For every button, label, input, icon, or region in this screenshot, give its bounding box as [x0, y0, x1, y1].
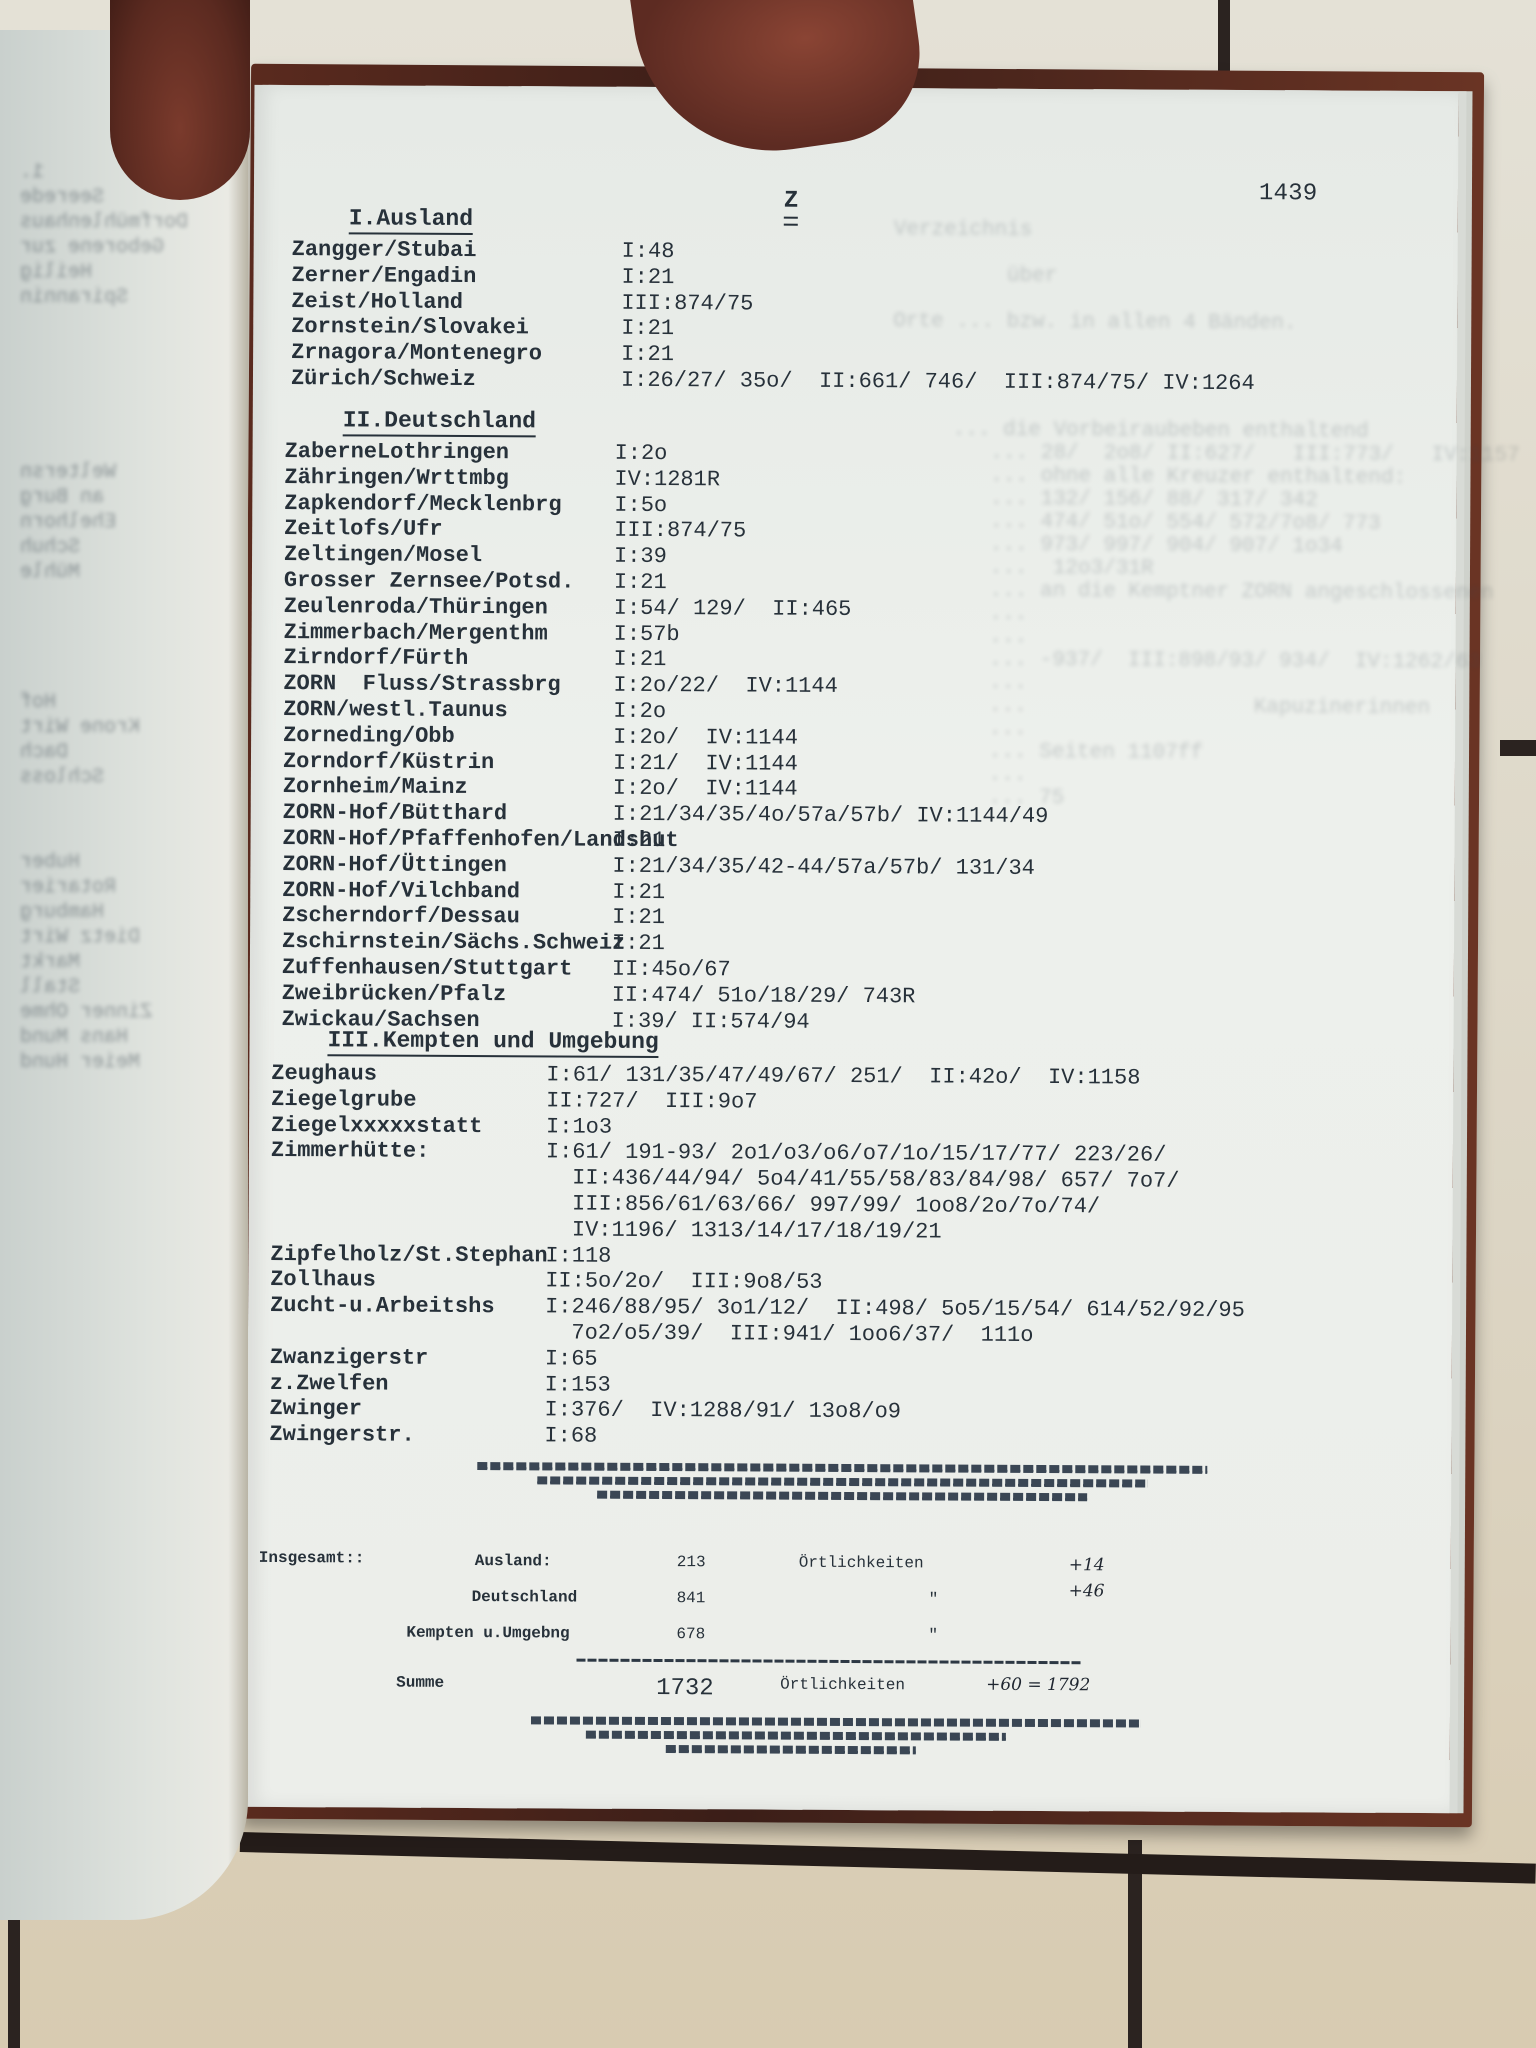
volume-page-refs: IV:1196/ 1313/14/17/18/19/21 — [545, 1217, 941, 1245]
volume-page-refs: I:2o — [615, 441, 668, 467]
totals-region: Ausland: — [475, 1552, 552, 1570]
place-name — [270, 1216, 545, 1243]
place-name: Grosser Zernsee/Potsd. — [284, 568, 614, 596]
volume-page-refs: I:2o/ IV:1144 — [613, 776, 798, 803]
volume-page-refs: I:21 — [612, 879, 665, 905]
place-name: Zornstein/Slovakei — [291, 314, 621, 342]
handwritten-sum: +60 = 1792 — [986, 1675, 1090, 1696]
volume-page-refs: I:21 — [613, 647, 666, 673]
volume-page-refs: I:376/ IV:1288/91/ 13o8/o9 — [545, 1398, 902, 1426]
place-name — [271, 1164, 546, 1191]
index-entry: Zähringen/WrttmbgIV:1281R — [284, 465, 1050, 495]
index-entry: Zwingerstr.I:68 — [269, 1422, 1244, 1453]
totals-unit: " — [929, 1590, 939, 1608]
index-entry: Zirndorf/FürthI:21 — [283, 645, 1049, 675]
place-name: Zeltingen/Mosel — [284, 542, 614, 570]
place-name: Zwingerstr. — [269, 1422, 544, 1449]
place-name: Zimmerhütte: — [271, 1138, 546, 1165]
place-name: Ziegelgrube — [271, 1087, 546, 1114]
volume-page-refs: I:118 — [545, 1243, 611, 1269]
totals-count: 678 — [676, 1625, 705, 1643]
index-entry: Zscherndorf/DessauI:21 — [282, 903, 1048, 933]
place-name: ZORN-Hof/Pfaffenhofen/Landshut — [283, 826, 613, 854]
sum-rule — [576, 1659, 1081, 1665]
place-name: Zirndorf/Fürth — [283, 645, 613, 673]
separator-rule — [477, 1462, 1207, 1474]
left-page-bleed-text: 1. Seerede Dorfmühlenhaus Geborene zur H… — [0, 30, 230, 1920]
index-entry: Zürich/SchweizI:26/27/ 35o/ II:661/ 746/… — [291, 366, 1255, 397]
volume-page-refs: I:57b — [614, 621, 680, 647]
sum-label: Summe — [396, 1674, 444, 1692]
place-name: Zangger/Stubai — [292, 237, 622, 265]
index-entry: ZORN-Hof/ÜttingenI:21/34/35/42-44/57a/57… — [282, 852, 1048, 882]
index-entry: ZORN-Hof/BütthardI:21/34/35/4o/57a/57b/ … — [283, 800, 1049, 830]
volume-page-refs: I:21/34/35/42-44/57a/57b/ 131/34 — [612, 853, 1035, 881]
entries-ausland: Zangger/StubaiI:48Zerner/EngadinI:21Zeis… — [291, 237, 1256, 397]
index-entry: Zeulenroda/ThüringenI:54/ 129/ II:465 — [284, 594, 1050, 624]
place-name: Zürich/Schweiz — [291, 366, 621, 394]
sum-count: 1732 — [656, 1675, 714, 1702]
totals-unit: Örtlichkeiten — [799, 1554, 924, 1573]
volume-page-refs: I:2o — [613, 699, 666, 725]
totals-label: Insgesamt:: — [259, 1549, 365, 1568]
separator-rule — [537, 1476, 1147, 1487]
volume-page-refs: I:39 — [614, 544, 667, 570]
place-name: Zucht-u.Arbeitshs — [270, 1293, 545, 1320]
index-entry: ZaberneLothringenI:2o — [285, 439, 1051, 469]
section-title-deutschland: II.Deutschland — [343, 407, 536, 437]
handwritten-note: +14 — [1069, 1555, 1105, 1575]
volume-page-refs: I:21/ IV:1144 — [613, 750, 798, 777]
sum-unit: Örtlichkeiten — [780, 1676, 905, 1695]
volume-page-refs: II:5o/2o/ III:9o8/53 — [545, 1269, 822, 1296]
place-name: Zollhaus — [270, 1267, 545, 1294]
place-name: ZaberneLothringen — [285, 439, 615, 467]
totals-region: Deutschland — [472, 1588, 578, 1607]
index-entry: Zweibrücken/PfalzII:474/ 51o/18/29/ 743R — [282, 981, 1048, 1011]
place-name: Zrnagora/Montenegro — [291, 340, 621, 368]
place-name: Zähringen/Wrttmbg — [284, 465, 614, 493]
totals-region: Kempten u.Umgebng — [406, 1624, 569, 1643]
place-name — [270, 1319, 545, 1346]
place-name: Zeulenroda/Thüringen — [284, 594, 614, 622]
index-entry: Zimmerbach/MergenthmI:57b — [284, 620, 1050, 650]
index-entry: ZORN-Hof/Pfaffenhofen/LandshutI:21 — [283, 826, 1049, 856]
volume-page-refs: II:45o/67 — [612, 957, 731, 983]
volume-page-refs: I:21 — [621, 265, 674, 291]
place-name: z.Zwelfen — [270, 1371, 545, 1398]
separator-rule — [597, 1491, 1087, 1502]
volume-page-refs: I:153 — [545, 1372, 611, 1398]
handwritten-note: +46 — [1069, 1581, 1105, 1601]
volume-page-refs: I:21 — [621, 342, 674, 368]
place-name: Zwinger — [270, 1396, 545, 1423]
volume-page-refs: I:61/ 131/35/47/49/67/ 251/ II:42o/ IV:1… — [546, 1062, 1140, 1091]
volume-page-refs: I:2o/ IV:1144 — [613, 725, 798, 752]
index-entry: Zschirnstein/Sächs.SchweizI:21 — [282, 929, 1048, 959]
index-entry: ZORN/westl.TaunusI:2o — [283, 697, 1049, 727]
volume-page-refs: I:21 — [612, 828, 665, 854]
volume-page-refs: 7o2/o5/39/ III:941/ 1oo6/37/ 111o — [545, 1320, 1034, 1348]
index-entry: Zapkendorf/MecklenbrgI:5o — [284, 491, 1050, 521]
index-entry: ZORN Fluss/StrassbrgI:2o/22/ IV:1144 — [283, 671, 1049, 701]
right-page: Verzeichnis über Orte ... bzw. in allen … — [246, 85, 1459, 1813]
volume-page-refs: I:54/ 129/ II:465 — [614, 596, 852, 623]
separator-rule — [531, 1716, 1141, 1727]
place-name: Zimmerbach/Mergenthm — [284, 620, 614, 648]
tile-grout — [8, 1910, 20, 2048]
volume-page-refs: I:21 — [612, 905, 665, 931]
volume-page-refs: I:5o — [614, 492, 667, 518]
volume-page-refs: III:874/75 — [621, 290, 753, 316]
volume-page-refs: I:21 — [614, 570, 667, 596]
place-name: Zorneding/Obb — [283, 723, 613, 751]
place-name: ZORN Fluss/Strassbrg — [283, 671, 613, 699]
place-name: Zeist/Holland — [291, 289, 621, 317]
place-name: ZORN-Hof/Bütthard — [283, 800, 613, 828]
volume-page-refs: I:1o3 — [546, 1114, 612, 1140]
place-name: Zipfelholz/St.Stephan — [270, 1242, 545, 1269]
place-name: Zorndorf/Küstrin — [283, 749, 613, 777]
place-name: Zerner/Engadin — [291, 263, 621, 291]
volume-page-refs: II:436/44/94/ 5o4/41/55/58/83/84/98/ 657… — [546, 1166, 1180, 1195]
place-name: Zweibrücken/Pfalz — [282, 981, 612, 1009]
volume-page-refs: I:21/34/35/4o/57a/57b/ IV:1144/49 — [613, 802, 1049, 830]
separator-rule — [666, 1745, 916, 1754]
index-entry: Zuffenhausen/StuttgartII:45o/67 — [282, 955, 1048, 985]
place-name: ZORN-Hof/Vilchband — [282, 878, 612, 906]
place-name: Zschirnstein/Sächs.Schweiz — [282, 929, 612, 957]
section-title-kempten: III.Kempten und Umgebung — [327, 1027, 658, 1058]
place-name: Zeughaus — [271, 1061, 546, 1088]
totals-count: 213 — [677, 1553, 706, 1571]
place-name: Zwanzigerstr — [270, 1345, 545, 1372]
volume-page-refs: I:26/27/ 35o/ II:661/ 746/ III:874/75/ I… — [621, 368, 1255, 397]
place-name: Zornheim/Mainz — [283, 774, 613, 802]
volume-page-refs: I:21 — [621, 316, 674, 342]
volume-page-refs: I:68 — [544, 1424, 597, 1450]
entries-kempten: ZeughausI:61/ 131/35/47/49/67/ 251/ II:4… — [269, 1061, 1246, 1453]
place-name — [271, 1190, 546, 1217]
volume-page-refs: II:474/ 51o/18/29/ 743R — [612, 982, 916, 1009]
volume-page-refs: I:65 — [545, 1346, 598, 1372]
index-entry: Zorneding/ObbI:2o/ IV:1144 — [283, 723, 1049, 753]
section-title-ausland: I.Ausland — [349, 205, 473, 235]
separator-rule — [586, 1731, 1006, 1741]
volume-page-refs: III:874/75 — [614, 518, 746, 544]
volume-page-refs: I:2o/22/ IV:1144 — [613, 673, 838, 700]
place-name: Zuffenhausen/Stuttgart — [282, 955, 612, 983]
volume-page-refs: I:21 — [612, 931, 665, 957]
place-name: Ziegelxxxxxstatt — [271, 1113, 546, 1140]
entries-deutschland: ZaberneLothringenI:2oZähringen/WrttmbgIV… — [282, 439, 1051, 1036]
index-entry: Grosser Zernsee/Potsd.I:21 — [284, 568, 1050, 598]
volume-page-refs: II:727/ III:9o7 — [546, 1088, 757, 1115]
totals-unit: " — [928, 1626, 938, 1644]
place-name: Zeitlofs/Ufr — [284, 516, 614, 544]
volume-page-refs: I:48 — [622, 239, 675, 265]
place-name: Zscherndorf/Dessau — [282, 903, 612, 931]
page-number: 1439 — [1259, 180, 1318, 207]
volume-page-refs: III:856/61/63/66/ 997/99/ 1oo8/2o/7o/74/ — [546, 1191, 1101, 1220]
place-name: ZORN-Hof/Üttingen — [282, 852, 612, 880]
index-entry: Zeltingen/MoselI:39 — [284, 542, 1050, 572]
volume-page-refs: I:61/ 191-93/ 2o1/o3/o6/o7/1o/15/17/77/ … — [546, 1140, 1167, 1169]
finger — [110, 0, 250, 200]
volume-page-refs: I:246/88/95/ 3o1/12/ II:498/ 5o5/15/54/ … — [545, 1295, 1245, 1324]
place-name: Zapkendorf/Mecklenbrg — [284, 491, 614, 519]
tile-grout — [1500, 740, 1536, 756]
index-entry: ZORN-Hof/VilchbandI:21 — [282, 878, 1048, 908]
index-entry: Zornheim/MainzI:2o/ IV:1144 — [283, 774, 1049, 804]
totals-count: 841 — [677, 1589, 706, 1607]
letter-heading: Z — [784, 188, 799, 226]
volume-page-refs: IV:1281R — [614, 467, 720, 493]
place-name: ZORN/westl.Taunus — [283, 697, 613, 725]
index-entry: Zorndorf/KüstrinI:21/ IV:1144 — [283, 749, 1049, 779]
index-entry: Zeitlofs/UfrIII:874/75 — [284, 516, 1050, 546]
left-page: 1. Seerede Dorfmühlenhaus Geborene zur H… — [0, 30, 248, 1920]
